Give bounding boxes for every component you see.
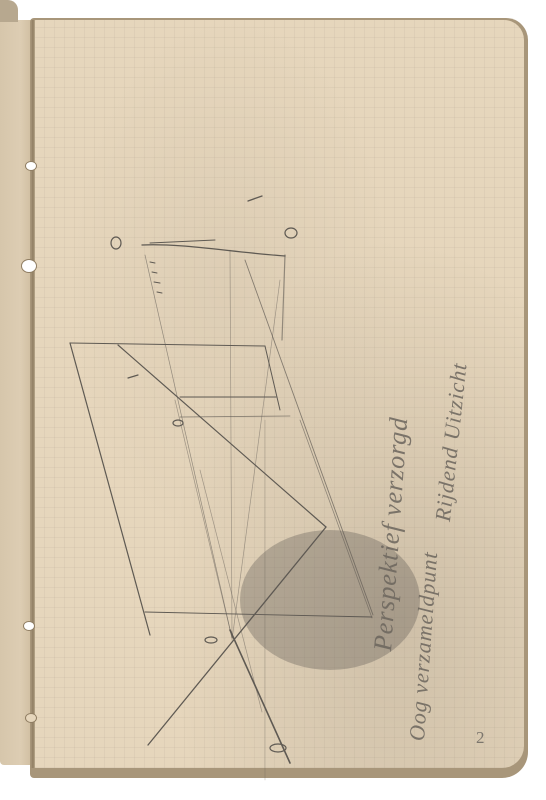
sketch-labels xyxy=(111,228,297,752)
page-number: 2 xyxy=(476,728,485,748)
